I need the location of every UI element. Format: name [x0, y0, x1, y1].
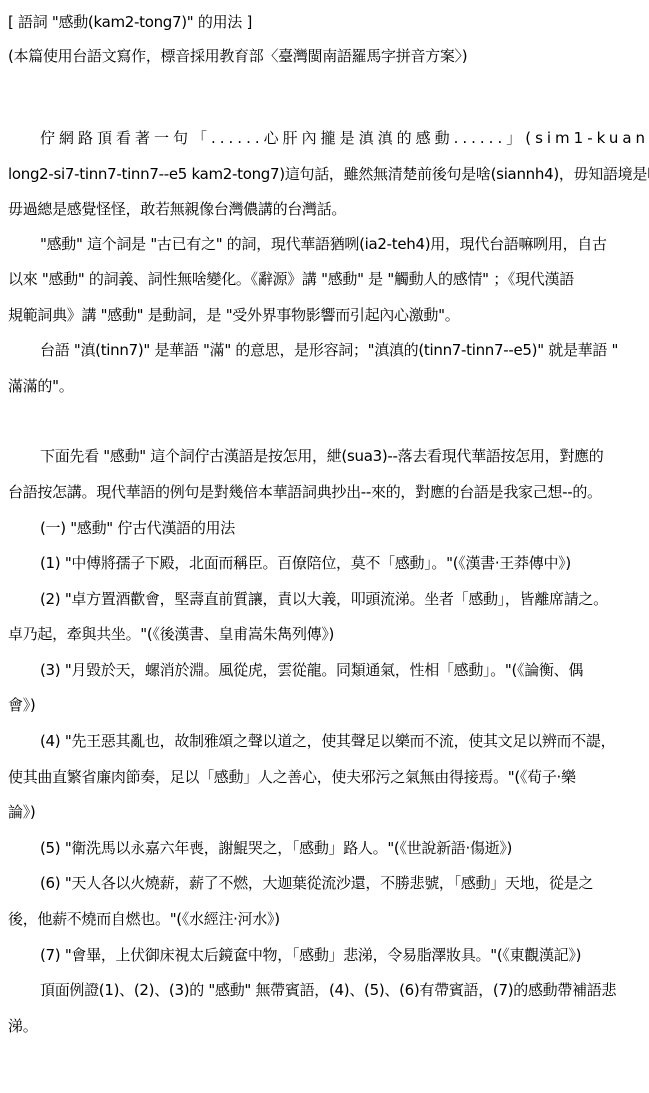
- paragraph-line: 涕。: [8, 1016, 37, 1036]
- example-line: 後，他薪不燒而自燃也。"(《水經注·河水》): [8, 909, 280, 929]
- paragraph-line: 毋過總是感覺怪怪，敢若無親像台灣儂講的台灣話。: [8, 199, 346, 219]
- paragraph-line: 以來 "感動" 的詞義、詞性無啥變化。《辭源》講 "感動" 是 "觸動人的感情"…: [8, 269, 574, 289]
- document-subtitle: (本篇使用台語文寫作，標音採用教育部〈臺灣閩南語羅馬字拼音方案〉): [8, 46, 467, 66]
- paragraph-line: 下面先看 "感動" 這个詞佇古漢語是按怎用，紲(sua3)--落去看現代華語按怎…: [40, 446, 603, 466]
- example-line: (1) "中傅將孺子下殿，北面而稱臣。百僚陪位，莫不「感動」。"(《漢書·王莽傳…: [40, 553, 571, 573]
- paragraph-line: long2-si7-tinn7-tinn7--e5 kam2-tong7)這句話…: [8, 164, 649, 184]
- paragraph-line: 台語 "滇(tinn7)" 是華語 "滿" 的意思，是形容詞；"滇滇的(tinn…: [40, 340, 618, 360]
- paragraph-line: 滿滿的"。: [8, 376, 73, 396]
- example-line: 使其曲直繁省廉肉節奏，足以「感動」人之善心，使夫邪污之氣無由得接焉。"(《荀子·…: [8, 767, 576, 787]
- example-line: 論》): [8, 802, 35, 822]
- paragraph-line: "感動" 這个詞是 "古已有之" 的詞，現代華語猶咧(ia2-teh4)用，現代…: [40, 234, 607, 254]
- section-heading: (一) "感動" 佇古代漢語的用法: [40, 518, 235, 538]
- example-line: (7) "會畢，上伏御床視太后鏡奩中物，「感動」悲涕，令易脂澤妝具。"(《東觀漢…: [40, 945, 581, 965]
- example-line: (4) "先王惡其亂也，故制雅頌之聲以道之，使其聲足以樂而不流，使其文足以辨而不…: [40, 731, 615, 751]
- example-line: (6) "天人各以火燒薪，薪了不燃，大迦葉從流沙還，不勝悲號，「感動」天地，從是…: [40, 873, 593, 893]
- paragraph-line: 台語按怎講。現代華語的例句是對幾倍本華語詞典抄出--來的，對應的台語是我家己想-…: [8, 482, 602, 502]
- example-line: (5) "衛洗馬以永嘉六年喪，謝鯤哭之，「感動」路人。"(《世說新語·傷逝》): [40, 838, 512, 858]
- document-title: [ 語詞 "感動(kam2-tong7)" 的用法 ]: [8, 12, 252, 32]
- paragraph-line: 頂面例證(1)、(2)、(3)的 "感動" 無帶賓語，(4)、(5)、(6)有帶…: [40, 980, 616, 1000]
- paragraph-line: 規範詞典》講 "感動" 是動詞，是 "受外界事物影響而引起內心激動"。: [8, 305, 459, 325]
- example-line: (3) "月毀於天，螺消於淵。風從虎，雲從龍。同類通氣，性相「感動」。"(《論衡…: [40, 660, 583, 680]
- example-line: 卓乃起，牽與共坐。"(《後漢書、皇甫嵩朱雋列傳》): [8, 624, 334, 644]
- paragraph-line: 佇網路頂看著一句「......心肝內攏是滇滇的感動......」(sim1-ku…: [40, 128, 649, 148]
- example-line: 會》): [8, 695, 35, 715]
- example-line: (2) "卓方置酒歡會，堅壽直前質讓，責以大義，叩頭流涕。坐者「感動」，皆離席請…: [40, 589, 608, 609]
